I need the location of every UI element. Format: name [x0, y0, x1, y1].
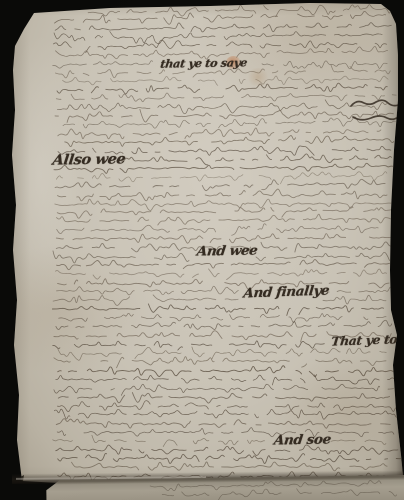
handwriting-line	[53, 435, 386, 446]
handwriting-line	[57, 286, 392, 295]
engrossed-heading: And wee	[196, 244, 258, 258]
handwriting-line	[54, 32, 382, 44]
handwriting-line	[56, 234, 393, 244]
handwriting-line	[54, 384, 394, 395]
photo-backdrop: that ye to sayeAllso weeAnd weeAnd final…	[0, 0, 404, 500]
handwriting-line	[57, 214, 397, 225]
handwriting-line	[56, 320, 392, 329]
handwriting-line	[57, 224, 379, 236]
handwriting-line	[55, 179, 385, 190]
handwriting-line	[56, 419, 390, 429]
handwriting-line	[57, 260, 392, 270]
handwriting-line	[120, 154, 391, 165]
handwriting-line	[56, 445, 398, 455]
handwriting-line	[57, 401, 399, 412]
marginal-ink-mark	[351, 100, 398, 120]
handwriting-line	[58, 128, 381, 139]
handwriting-line	[58, 189, 388, 201]
handwriting-line	[58, 393, 389, 403]
handwriting-line	[88, 5, 390, 17]
handwriting-line	[57, 100, 386, 114]
fold-handwriting-line	[162, 487, 396, 500]
handwriting-line	[55, 199, 394, 210]
handwriting-line	[58, 366, 396, 377]
handwriting-line	[54, 409, 400, 419]
handwriting-line	[55, 11, 386, 24]
handwriting-line	[55, 23, 391, 32]
handwriting-line	[54, 357, 386, 368]
handwriting-line	[57, 428, 394, 437]
handwriting-line	[57, 207, 391, 218]
handwriting-line	[58, 347, 386, 360]
handwriting-line	[57, 83, 387, 94]
engrossed-heading: that ye to saye	[160, 57, 248, 70]
handwriting-line	[72, 462, 388, 471]
manuscript-page: that ye to sayeAllso weeAnd weeAnd final…	[0, 0, 404, 500]
handwriting-line	[56, 375, 401, 385]
handwriting-line	[52, 304, 383, 316]
handwriting-line	[55, 109, 393, 122]
engrossed-heading: Allso wee	[52, 152, 126, 167]
handwriting-line	[53, 295, 386, 306]
engrossed-heading: And soe	[273, 433, 331, 447]
engrossed-heading: That ye to say	[331, 332, 404, 347]
handwriting-line	[63, 117, 395, 128]
handwriting-line	[59, 313, 387, 322]
handwriting-line	[53, 341, 325, 350]
handwriting-line	[56, 93, 396, 102]
handwriting-line	[65, 136, 394, 147]
handwriting-line	[58, 453, 401, 463]
handwriting-line	[58, 279, 390, 290]
handwriting-line	[55, 269, 386, 280]
handwriting-line	[53, 40, 386, 53]
engrossed-heading: And finallye	[243, 284, 330, 300]
